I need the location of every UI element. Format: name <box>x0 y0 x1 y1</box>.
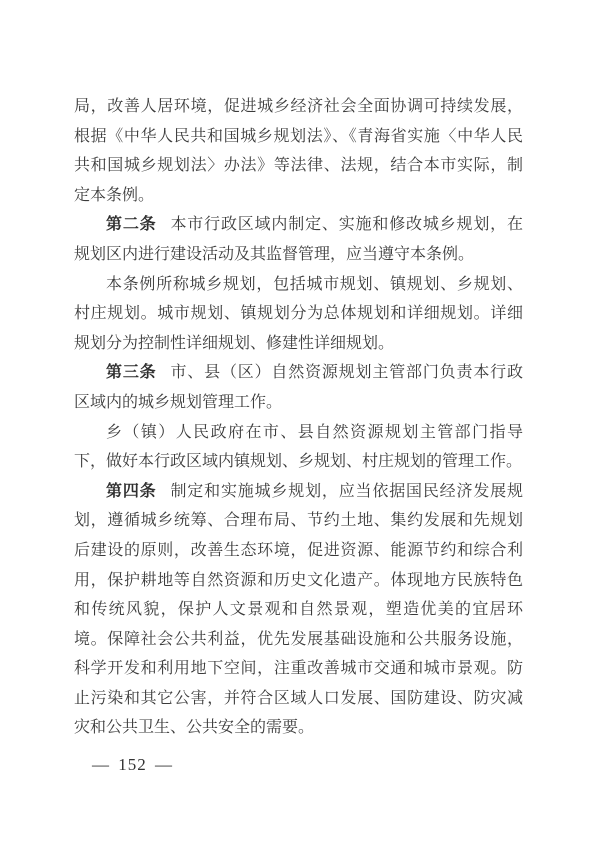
text-line: 根据《中华人民共和国城乡规划法》、《青海省实施〈中华人民 <box>74 122 523 152</box>
text-line: 后建设的原则，改善生态环境，促进资源、能源节约和综合利 <box>74 536 523 566</box>
text-line: 灾和公共卫生、公共安全的需要。 <box>74 713 523 743</box>
document-text-block: 局，改善人居环境，促进城乡经济社会全面协调可持续发展， 根据《中华人民共和国城乡… <box>74 92 523 743</box>
text-line-article-4: 第四条制定和实施城乡规划，应当依据国民经济发展规 <box>74 477 523 507</box>
text-line: 科学开发和利用地下空间，注重改善城市交通和城市景观。防 <box>74 654 523 684</box>
text-line: 乡（镇）人民政府在市、县自然资源规划主管部门指导 <box>74 418 523 448</box>
article-2-number: 第二条 <box>106 216 156 233</box>
text-line-article-2: 第二条本市行政区域内制定、实施和修改城乡规划，在 <box>74 210 523 240</box>
page-number: — 152 — <box>92 754 173 775</box>
text-line: 区域内的城乡规划管理工作。 <box>74 388 523 418</box>
text-line-article-3: 第三条市、县（区）自然资源规划主管部门负责本行政 <box>74 358 523 388</box>
text-line: 下，做好本行政区域内镇规划、乡规划、村庄规划的管理工作。 <box>74 447 523 477</box>
text-line: 村庄规划。城市规划、镇规划分为总体规划和详细规划。详细 <box>74 299 523 329</box>
text-line: 规划区内进行建设活动及其监督管理，应当遵守本条例。 <box>74 240 523 270</box>
text-line: 止污染和其它公害，并符合区域人口发展、国防建设、防灾减 <box>74 684 523 714</box>
text-line: 和传统风貌，保护人文景观和自然景观，塑造优美的宜居环 <box>74 595 523 625</box>
text-line: 划，遵循城乡统筹、合理布局、节约土地、集约发展和先规划 <box>74 506 523 536</box>
text-line: 境。保障社会公共利益，优先发展基础设施和公共服务设施， <box>74 625 523 655</box>
article-4-text: 制定和实施城乡规划，应当依据国民经济发展规 <box>170 483 523 500</box>
article-2-text: 本市行政区域内制定、实施和修改城乡规划，在 <box>170 216 523 233</box>
text-line: 共和国城乡规划法〉办法》等法律、法规，结合本市实际，制 <box>74 151 523 181</box>
article-4-number: 第四条 <box>106 483 156 500</box>
text-line: 定本条例。 <box>74 181 523 211</box>
document-page: 局，改善人居环境，促进城乡经济社会全面协调可持续发展， 根据《中华人民共和国城乡… <box>0 0 596 842</box>
text-line: 局，改善人居环境，促进城乡经济社会全面协调可持续发展， <box>74 92 523 122</box>
text-line: 用，保护耕地等自然资源和历史文化遗产。体现地方民族特色 <box>74 566 523 596</box>
article-3-text: 市、县（区）自然资源规划主管部门负责本行政 <box>170 364 523 381</box>
article-3-number: 第三条 <box>106 364 156 381</box>
text-line: 规划分为控制性详细规划、修建性详细规划。 <box>74 329 523 359</box>
text-line: 本条例所称城乡规划，包括城市规划、镇规划、乡规划、 <box>74 270 523 300</box>
